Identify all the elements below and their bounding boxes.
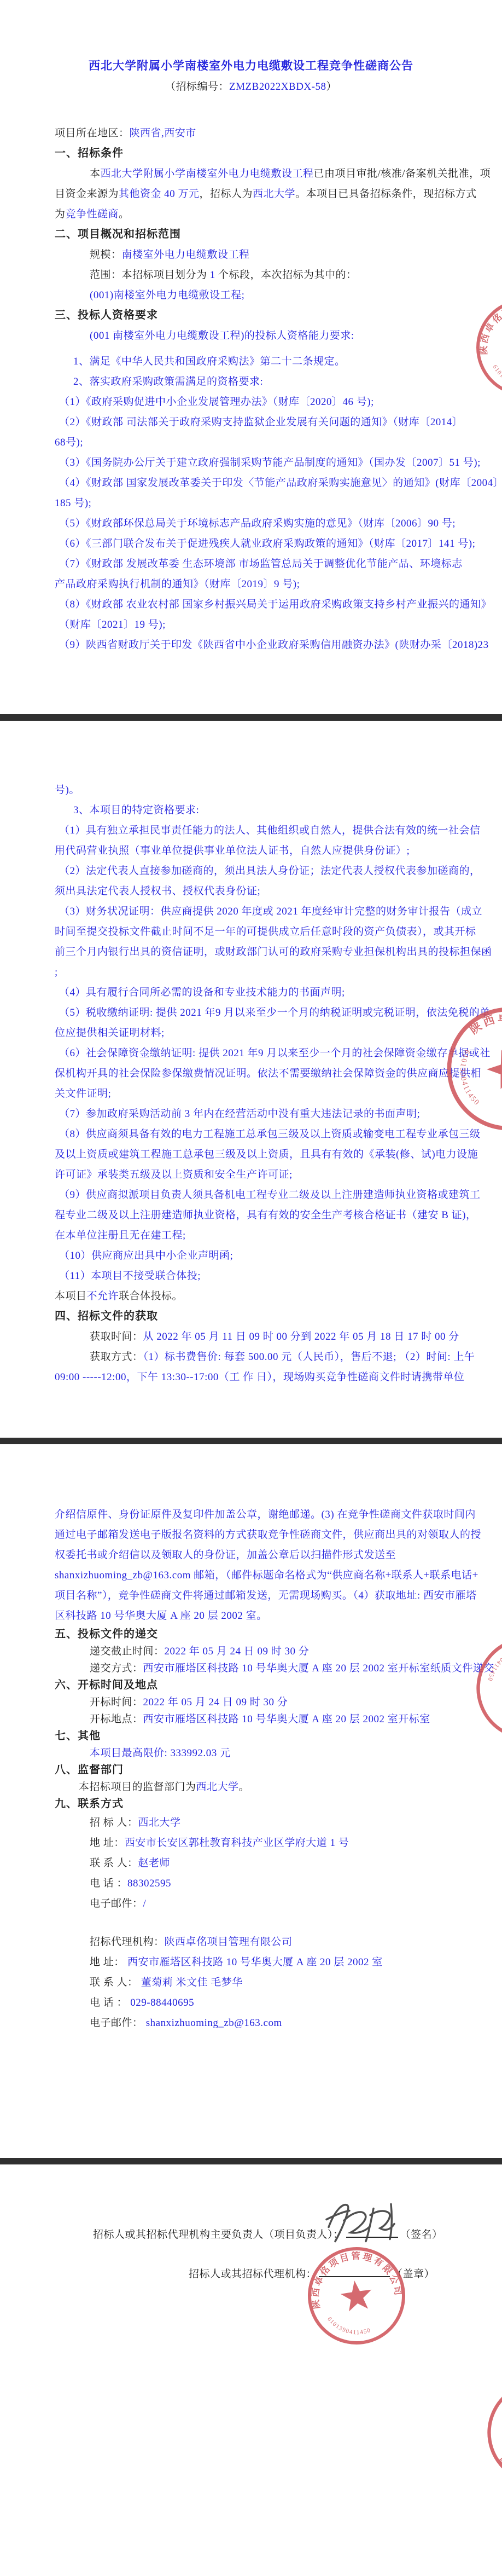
text-run: 电子邮件： xyxy=(90,1898,143,1909)
text-line: （2）《财政部 司法部关于政府采购支持监狱企业发展有关问题的通知》（财库〔201… xyxy=(0,412,502,432)
text-run: （3）财务状况证明：供应商提供 2020 年度或 2021 年度经审计完整的财务… xyxy=(59,906,482,917)
text-run: 区科技路 10 号华奥大厦 A 座 20 层 2002 室。 xyxy=(55,1610,267,1622)
section-heading: 四、招标文件的获取 xyxy=(0,1306,502,1327)
text-line: 开标地点：西安市雁塔区科技路 10 号华奥大厦 A 座 20 层 2002 室开… xyxy=(0,1711,502,1728)
text-run: 。 xyxy=(239,1781,250,1793)
text-line: 68号); xyxy=(0,432,502,453)
text-run: 八、监督部门 xyxy=(55,1764,124,1776)
text-line: 电 话 ： 029-88440695 xyxy=(0,1993,502,2013)
text-run: （9）供应商拟派项目负责人须具备机电工程专业二级及以上注册建造师执业资格或建筑工 xyxy=(59,1189,481,1201)
text-run: 四、招标文件的获取 xyxy=(55,1310,158,1322)
section-heading: 七、其他 xyxy=(0,1728,502,1745)
text-run: （财库〔2021〕19 号); xyxy=(59,619,166,630)
text-run: 递交截止时间： xyxy=(90,1646,165,1657)
text-run: 联 系 人： xyxy=(90,1857,138,1869)
text-line: （9）陕西省财政厅关于印发《陕西省中小企业政府采购信用融资办法》(陕财办采〔20… xyxy=(0,635,502,655)
signature-blank xyxy=(319,2268,390,2277)
page-2: 号)。3、本项目的特定资格要求:（1）具有独立承担民事责任能力的法人、其他组织或… xyxy=(0,721,502,1438)
company-seal-stamp: 陕西卓佲项目管理有限公司6101390411450 xyxy=(305,2244,408,2351)
text-run: 已由项目审批/核准/备案机关批准，项 xyxy=(314,168,491,180)
text-line: 招标人或其招标代理机构：（盖章） xyxy=(0,2264,502,2284)
section-heading: 一、招标条件 xyxy=(0,143,502,164)
text-run: 招标代理机构： xyxy=(90,1936,165,1948)
signature-blank xyxy=(346,2228,398,2238)
text-line: 用代码营业执照（事业单位提供事业单位法人证书，自然人应提供身份证）; xyxy=(0,841,502,861)
text-run: （5）《财政部环保总局关于环境标志产品政府采购实施的意见》（财库〔2006〕90… xyxy=(59,518,456,529)
text-run: （招标编号： xyxy=(165,81,229,92)
text-run: 2、落实政府采购政策需满足的资格要求: xyxy=(73,376,263,387)
text-run: ，招标人为 xyxy=(200,188,253,200)
text-run: 西北大学 xyxy=(196,1781,239,1793)
text-run: 董菊莉 米文佳 毛梦华 xyxy=(141,1977,243,1988)
text-run: （7）参加政府采购活动前 3 年内在经营活动中没有重大违法记录的书面声明; xyxy=(59,1108,420,1120)
text-run: （2）《财政部 司法部关于政府采购支持监狱企业发展有关问题的通知》（财库〔201… xyxy=(59,416,463,428)
text-run: 及以上资质或建筑工程施工总承包三级及以上资质，且具有有效的《承装(修、试)电力设… xyxy=(55,1149,478,1160)
text-line: 本项目不允许联合体投标。 xyxy=(0,1286,502,1306)
text-line: （4）《财政部 国家发展改革委关于印发〈节能产品政府采购实施意见〉的通知》(财库… xyxy=(0,473,502,493)
text-run: 电 话 ： xyxy=(90,1878,127,1889)
text-line: 招标代理机构：陕西卓佲项目管理有限公司 xyxy=(0,1932,502,1952)
text-line: 位应提供相关证明材料; xyxy=(0,1023,502,1043)
text-line: 电子邮件： shanxizhuoming_zb@163.com xyxy=(0,2013,502,2033)
text-line: （8）供应商须具备有效的电力工程施工总承包三级及以上资质或输变电工程专业承包三级 xyxy=(0,1124,502,1144)
text-run: 招标人或其招标代理机构主要负责人（项目负责人）： xyxy=(93,2229,344,2241)
text-line: 介绍信原件、身份证原件及复印件加盖公章，谢绝邮递。(3) 在竞争性磋商文件获取时… xyxy=(0,1504,502,1525)
bid-number-line: （招标编号：ZMZB2022XBDX-58） xyxy=(0,77,502,97)
text-run: 前三个月内银行出具的资信证明，或财政部门认可的政府采购专业担保机构出具的投标担保… xyxy=(55,946,492,958)
text-line: 及以上资质或建筑工程施工总承包三级及以上资质，且具有有效的《承装(修、试)电力设… xyxy=(0,1144,502,1165)
text-run: 项目名称”），竞争性磋商文件将通过邮箱发送，无需现场购买。（4）获取地址: 西安… xyxy=(55,1590,476,1601)
text-run: （4）具有履行合同所必需的设备和专业技术能力的书面声明; xyxy=(59,987,345,998)
text-run: 西安市雁塔区科技路 10 号华奥大厦 A 座 20 层 2002 室 xyxy=(127,1956,383,1968)
text-run: 号)。 xyxy=(55,784,80,796)
text-line: （9）供应商拟派项目负责人须具备机电工程专业二级及以上注册建造师执业资格或建筑工 xyxy=(0,1185,502,1205)
text-line: 地 址： 西安市雁塔区科技路 10 号华奥大厦 A 座 20 层 2002 室 xyxy=(0,1952,502,1972)
text-run: （9）陕西省财政厅关于印发《陕西省中小企业政府采购信用融资办法》(陕财办采〔20… xyxy=(59,639,489,651)
text-line: （3）《国务院办公厅关于建立政府强制采购节能产品制度的通知》（国办发〔2007〕… xyxy=(0,453,502,473)
text-line: （3）财务状况证明：供应商提供 2020 年度或 2021 年度经审计完整的财务… xyxy=(0,901,502,922)
text-run: （2）法定代表人直接参加磋商的，须出具法人身份证；法定代表人授权代表参加磋商的， xyxy=(59,865,481,877)
text-run: （盖章） xyxy=(392,2268,435,2280)
text-run: 本项目 xyxy=(55,1290,87,1302)
text-run: 赵老师 xyxy=(138,1857,171,1869)
text-run: shanxizhuoming_zb@163.com 邮箱，（邮件标题命名格式为“… xyxy=(55,1570,478,1581)
text-run: （5）税收缴纳证明: 提供 2021 年9 月以来至少一个月的纳税证明或完税证明… xyxy=(59,1007,491,1018)
text-run: （10）供应商应出具中小企业声明函; xyxy=(59,1250,233,1261)
text-run: 位应提供相关证明材料; xyxy=(55,1027,165,1039)
text-run: 西北大学附属小学南楼室外电力电缆敷设工程竞争性磋商公告 xyxy=(89,59,413,72)
text-line: ; xyxy=(0,962,502,982)
text-run: 开标地点： xyxy=(90,1714,143,1725)
text-run: 2022 年 05 月 24 日 09 时 30 分 xyxy=(143,1697,288,1708)
text-run: 3、本项目的特定资格要求: xyxy=(73,804,199,816)
text-line: 须出具法定代表人授权书、授权代表身份证; xyxy=(0,881,502,901)
text-run: 须出具法定代表人授权书、授权代表身份证; xyxy=(55,885,260,897)
text-run: （1）具有独立承担民事责任能力的法人、其他组织或自然人，提供合法有效的统一社会信 xyxy=(59,825,481,836)
text-run: 开标时间： xyxy=(90,1697,143,1708)
text-line: 本项目最高限价: 333992.03 元 xyxy=(0,1745,502,1762)
text-run: 获取时间： xyxy=(90,1331,143,1342)
text-line: （6）《三部门联合发布关于促进残疾人就业政府采购政策的通知》（财库〔2017〕1… xyxy=(0,534,502,554)
text-run: 西安市长安区郭杜教育科技产业区学府大道 1 号 xyxy=(125,1837,349,1849)
text-line: 保机构开具的社会保险参保缴费情况证明。依法不需要缴纳社会保障资金的供应商应提供相 xyxy=(0,1063,502,1084)
text-line: （11）本项目不接受联合体投; xyxy=(0,1266,502,1286)
text-line: 目资金来源为其他资金 40 万元，招标人为西北大学。本项目已具备招标条件，现招标… xyxy=(0,184,502,204)
text-run: (001)南楼室外电力电缆敷设工程; xyxy=(90,290,244,301)
text-run: 陕西卓佲项目管理有限公司 xyxy=(165,1936,293,1948)
text-line: 项目所在地区：陕西省,西安市 xyxy=(0,123,502,143)
text-line: 获取时间：从 2022 年 05 月 11 日 09 时 00 分到 2022 … xyxy=(0,1327,502,1347)
text-run: 。 xyxy=(119,209,130,220)
text-run: 二、项目概况和招标范围 xyxy=(55,228,181,240)
text-line: 招标人或其招标代理机构主要负责人（项目负责人）：（签名） xyxy=(0,2225,502,2245)
section-heading: 六、开标时间及地点 xyxy=(0,1677,502,1694)
text-line: （1）《政府采购促进中小企业发展管理办法》（财库〔2020〕46 号); xyxy=(0,392,502,412)
text-line: 许可证》承装类五级及以上资质和安全生产许可证; xyxy=(0,1165,502,1185)
text-line: （5）《财政部环保总局关于环境标志产品政府采购实施的意见》（财库〔2006〕90… xyxy=(0,513,502,534)
text-line: 2、落实政府采购政策需满足的资格要求: xyxy=(0,372,502,392)
text-line: 时间至提交投标文件截止时间不足一年的可提供成立后任意时段的资产负债表），或其开标 xyxy=(0,922,502,942)
text-run: 五、投标文件的递交 xyxy=(55,1628,158,1640)
text-run: 关文件证明; xyxy=(55,1088,111,1099)
text-run: 一、招标条件 xyxy=(55,147,124,159)
text-run: 。本项目已具备招标条件，现招标方式 xyxy=(295,188,477,200)
text-run: 获取方式： xyxy=(90,1351,143,1363)
text-run: 1、满足《中华人民共和国政府采购法》第二十二条规定。 xyxy=(73,356,346,367)
text-line: 招 标 人：西北大学 xyxy=(0,1813,502,1833)
text-run: 招 标 人： xyxy=(90,1817,138,1828)
seal-graphic: 陕西卓佲项目管理有限公司6101390411450 xyxy=(305,2244,408,2348)
text-line: 本西北大学附属小学南楼室外电力电缆敷设工程已由项目审批/核准/备案机关批准，项 xyxy=(0,164,502,184)
text-run: 竞争性磋商 xyxy=(66,209,119,220)
text-run: （4）《财政部 国家发展改革委关于印发〈节能产品政府采购实施意见〉的通知》(财库… xyxy=(59,477,502,489)
edge-seal-stamp: 陕西卓佲项目管理有限公司6101390411450 xyxy=(484,2378,502,2490)
text-line: （6）社会保障资金缴纳证明: 提供 2021 年9 月以来至少一个月的社会保障资… xyxy=(0,1043,502,1063)
text-run: 88302595 xyxy=(127,1878,171,1889)
text-line: （7）《财政部 发展改革委 生态环境部 市场监管总局关于调整优化节能产品、环境标… xyxy=(0,554,502,574)
text-run: 联合体投标。 xyxy=(119,1290,183,1302)
seal-graphic: 陕西卓佲项目管理有限公司6101390411450 xyxy=(484,2378,502,2487)
text-line: 3、本项目的特定资格要求: xyxy=(0,800,502,820)
document-viewer: 西北大学附属小学南楼室外电力电缆敷设工程竞争性磋商公告（招标编号：ZMZB202… xyxy=(0,0,502,2576)
text-run: 联 系 人： xyxy=(90,1977,141,1988)
svg-text:陕西卓佲项目管理有限公司: 陕西卓佲项目管理有限公司 xyxy=(497,2395,502,2487)
text-line: 程专业二级及以上注册建造师执业资格，具有有效的安全生产考核合格证书（建安 B 证… xyxy=(0,1205,502,1225)
section-heading: 二、项目概况和招标范围 xyxy=(0,224,502,245)
text-run: shanxizhuoming_zb@163.com xyxy=(146,2017,282,2029)
text-line: （财库〔2021〕19 号); xyxy=(0,615,502,635)
text-run: 用代码营业执照（事业单位提供事业单位法人证书，自然人应提供身份证）; xyxy=(55,845,410,856)
text-line: 09:00 -----12:00，下午 13:30--17:00（工 作 日），… xyxy=(0,1367,502,1387)
text-run: 西北大学附属小学南楼室外电力电缆敷设工程 xyxy=(101,168,314,180)
text-line: 范围：本招标项目划分为 1 个标段，本次招标为其中的： xyxy=(0,265,502,285)
text-run: 68号); xyxy=(55,437,83,448)
text-run: 本 xyxy=(90,168,101,180)
text-run: 地 址： xyxy=(90,1837,125,1849)
text-run: 185 号); xyxy=(55,497,91,509)
text-run: 从 2022 年 05 月 11 日 09 时 00 分到 2022 年 05 … xyxy=(143,1331,459,1342)
text-line: 地 址：西安市长安区郭杜教育科技产业区学府大道 1 号 xyxy=(0,1833,502,1853)
text-run: 西北大学 xyxy=(138,1817,181,1828)
text-line: 通过电子邮箱发送电子版报名资料的方式获取竞争性磋商文件，供应商出具的对领取人的授 xyxy=(0,1525,502,1545)
text-line: (001 南楼室外电力电缆敷设工程)的投标人资格能力要求: xyxy=(0,326,502,346)
page-3: 介绍信原件、身份证原件及复印件加盖公章，谢绝邮递。(3) 在竞争性磋商文件获取时… xyxy=(0,1444,502,2158)
text-line: 号)。 xyxy=(0,780,502,800)
text-run: 范围：本招标项目划分为 xyxy=(90,269,210,281)
section-heading: 三、投标人资格要求 xyxy=(0,305,502,326)
text-run: 西安市雁塔区科技路 10 号华奥大厦 A 座 20 层 2002 室开标室纸质文… xyxy=(143,1663,494,1674)
text-run: ） xyxy=(326,81,337,92)
text-run: 为 xyxy=(55,209,66,220)
text-line: 递交方式：西安市雁塔区科技路 10 号华奥大厦 A 座 20 层 2002 室开… xyxy=(0,1660,502,1677)
text-run: 09:00 -----12:00，下午 13:30--17:00（工 作 日），… xyxy=(55,1371,464,1383)
text-run: 不允许 xyxy=(87,1290,119,1302)
text-run: 地 址： xyxy=(90,1956,127,1968)
text-run: 保机构开具的社会保险参保缴费情况证明。依法不需要缴纳社会保障资金的供应商应提供相 xyxy=(55,1068,481,1079)
text-run: （1）《政府采购促进中小企业发展管理办法》（财库〔2020〕46 号); xyxy=(59,396,374,408)
text-run: 九、联系方式 xyxy=(55,1798,124,1810)
text-run: 电 话 ： xyxy=(90,1997,130,2008)
text-run: 029-88440695 xyxy=(130,1997,194,2008)
text-line: 前三个月内银行出具的资信证明，或财政部门认可的政府采购专业担保机构出具的投标担保… xyxy=(0,942,502,962)
text-run: 权委托书或介绍信以及领取人的身份证，加盖公章后以扫描件形式发送至 xyxy=(55,1549,396,1561)
text-line: （7）参加政府采购活动前 3 年内在经营活动中没有重大违法记录的书面声明; xyxy=(0,1104,502,1124)
text-line: 联 系 人： 董菊莉 米文佳 毛梦华 xyxy=(0,1972,502,1993)
text-run: （8）《财政部 农业农村部 国家乡村振兴局关于运用政府采购政策支持乡村产业振兴的… xyxy=(59,599,492,610)
text-line: 产品政府采购执行机制的通知》（财库〔2019〕9 号); xyxy=(0,574,502,594)
text-run: 时间至提交投标文件截止时间不足一年的可提供成立后任意时段的资产负债表），或其开标 xyxy=(55,926,476,937)
text-run: 程专业二级及以上注册建造师执业资格，具有有效的安全生产考核合格证书（建安 B 证… xyxy=(55,1209,477,1221)
text-run: （7）《财政部 发展改革委 生态环境部 市场监管总局关于调整优化节能产品、环境标… xyxy=(59,558,463,570)
text-run: 递交方式： xyxy=(90,1663,143,1674)
text-line: 电子邮件：/ xyxy=(0,1894,502,1914)
text-line: shanxizhuoming_zb@163.com 邮箱，（邮件标题命名格式为“… xyxy=(0,1565,502,1585)
text-run: （6）社会保障资金缴纳证明: 提供 2021 年9 月以来至少一个月的社会保障资… xyxy=(59,1047,491,1059)
page-break-bar xyxy=(0,714,502,721)
page-1: 西北大学附属小学南楼室外电力电缆敷设工程竞争性磋商公告（招标编号：ZMZB202… xyxy=(0,0,502,714)
text-line: 为竞争性磋商。 xyxy=(0,204,502,224)
text-run: 本项目最高限价: 333992.03 元 xyxy=(90,1747,231,1759)
section-heading: 八、监督部门 xyxy=(0,1762,502,1779)
text-run: 本招标项目的监督部门为 xyxy=(79,1781,196,1793)
page-break-bar xyxy=(0,2158,502,2164)
text-run: 目资金来源为 xyxy=(55,188,119,200)
text-line: （2）法定代表人直接参加磋商的，须出具法人身份证；法定代表人授权代表参加磋商的， xyxy=(0,861,502,881)
text-line: 在本单位注册且无在建工程; xyxy=(0,1225,502,1246)
text-run: （签名） xyxy=(400,2229,443,2241)
text-line: 获取方式：（1）标书费售价: 每套 500.00 元（人民币），售后不退; （2… xyxy=(0,1347,502,1367)
text-run: 西北大学 xyxy=(253,188,295,200)
text-run: ; xyxy=(55,966,58,978)
text-line: 开标时间：2022 年 05 月 24 日 09 时 30 分 xyxy=(0,1694,502,1711)
text-line: （5）税收缴纳证明: 提供 2021 年9 月以来至少一个月的纳税证明或完税证明… xyxy=(0,1003,502,1023)
text-line: （10）供应商应出具中小企业声明函; xyxy=(0,1246,502,1266)
text-line: 1、满足《中华人民共和国政府采购法》第二十二条规定。 xyxy=(0,351,502,372)
section-heading: 九、联系方式 xyxy=(0,1796,502,1813)
text-run: ZMZB2022XBDX-58 xyxy=(229,81,326,92)
text-run: （3）《国务院办公厅关于建立政府强制采购节能产品制度的通知》（国办发〔2007〕… xyxy=(59,457,481,468)
text-run: 六、开标时间及地点 xyxy=(55,1679,158,1691)
text-line: 项目名称”），竞争性磋商文件将通过邮箱发送，无需现场购买。（4）获取地址: 西安… xyxy=(0,1585,502,1606)
text-line: 权委托书或介绍信以及领取人的身份证，加盖公章后以扫描件形式发送至 xyxy=(0,1545,502,1565)
text-run: 电子邮件： xyxy=(90,2017,146,2029)
text-run: 西安市雁塔区科技路 10 号华奥大厦 A 座 20 层 2002 室开标室 xyxy=(143,1714,430,1725)
text-line: （4）具有履行合同所必需的设备和专业技术能力的书面声明; xyxy=(0,982,502,1003)
text-run: （8）供应商须具备有效的电力工程施工总承包三级及以上资质或输变电工程专业承包三级 xyxy=(59,1128,481,1140)
text-run: 其他资金 40 万元 xyxy=(119,188,200,200)
text-line: 递交截止时间：2022 年 05 月 24 日 09 时 30 分 xyxy=(0,1643,502,1660)
text-line: (001)南楼室外电力电缆敷设工程; xyxy=(0,285,502,305)
text-line: 区科技路 10 号华奥大厦 A 座 20 层 2002 室。 xyxy=(0,1606,502,1626)
text-run: 许可证》承装类五级及以上资质和安全生产许可证; xyxy=(55,1169,293,1180)
text-run: 陕西省,西安市 xyxy=(130,128,196,139)
text-line: 电 话 ：88302595 xyxy=(0,1873,502,1894)
text-line: 联 系 人：赵老师 xyxy=(0,1853,502,1873)
text-run: 项目所在地区： xyxy=(55,128,130,139)
text-line: （1）具有独立承担民事责任能力的法人、其他组织或自然人，提供合法有效的统一社会信 xyxy=(0,820,502,841)
text-run: 七、其他 xyxy=(55,1730,101,1742)
text-line: 规模：南楼室外电力电缆敷设工程 xyxy=(0,245,502,265)
document-title: 西北大学附属小学南楼室外电力电缆敷设工程竞争性磋商公告 xyxy=(0,55,502,77)
text-run: 南楼室外电力电缆敷设工程 xyxy=(122,249,250,261)
text-run: 在本单位注册且无在建工程; xyxy=(55,1230,186,1241)
text-run: 规模： xyxy=(90,249,122,261)
text-run: (001 南楼室外电力电缆敷设工程)的投标人资格能力要求: xyxy=(90,330,354,341)
text-run: 产品政府采购执行机制的通知》（财库〔2019〕9 号); xyxy=(55,578,300,590)
text-run: 介绍信原件、身份证原件及复印件加盖公章，谢绝邮递。(3) 在竞争性磋商文件获取时… xyxy=(55,1509,476,1520)
text-run: （1）标书费售价: 每套 500.00 元（人民币），售后不退; （2）时间: … xyxy=(143,1351,475,1363)
text-line: 本招标项目的监督部门为西北大学。 xyxy=(0,1779,502,1796)
page-break-bar xyxy=(0,1438,502,1444)
text-run: / xyxy=(143,1898,147,1909)
text-run: 三、投标人资格要求 xyxy=(55,309,158,321)
text-line: 185 号); xyxy=(0,493,502,513)
text-line: （8）《财政部 农业农村部 国家乡村振兴局关于运用政府采购政策支持乡村产业振兴的… xyxy=(0,594,502,615)
text-run: 招标人或其招标代理机构： xyxy=(189,2268,317,2280)
text-line: 关文件证明; xyxy=(0,1084,502,1104)
svg-text:6101390411450: 6101390411450 xyxy=(325,2311,372,2340)
text-run: 个标段，本次招标为其中的： xyxy=(215,269,357,281)
text-run: （6）《三部门联合发布关于促进残疾人就业政府采购政策的通知》（财库〔2017〕1… xyxy=(59,538,475,549)
text-run: 通过电子邮箱发送电子版报名资料的方式获取竞争性磋商文件，供应商出具的对领取人的授 xyxy=(55,1529,481,1541)
text-run: 1 xyxy=(210,269,215,281)
text-run: 2022 年 05 月 24 日 09 时 30 分 xyxy=(165,1646,310,1657)
section-heading: 五、投标文件的递交 xyxy=(0,1626,502,1643)
text-run: （11）本项目不接受联合体投; xyxy=(59,1270,201,1282)
page-4: 招标人或其招标代理机构主要负责人（项目负责人）：（签名）招标人或其招标代理机构：… xyxy=(0,2164,502,2576)
